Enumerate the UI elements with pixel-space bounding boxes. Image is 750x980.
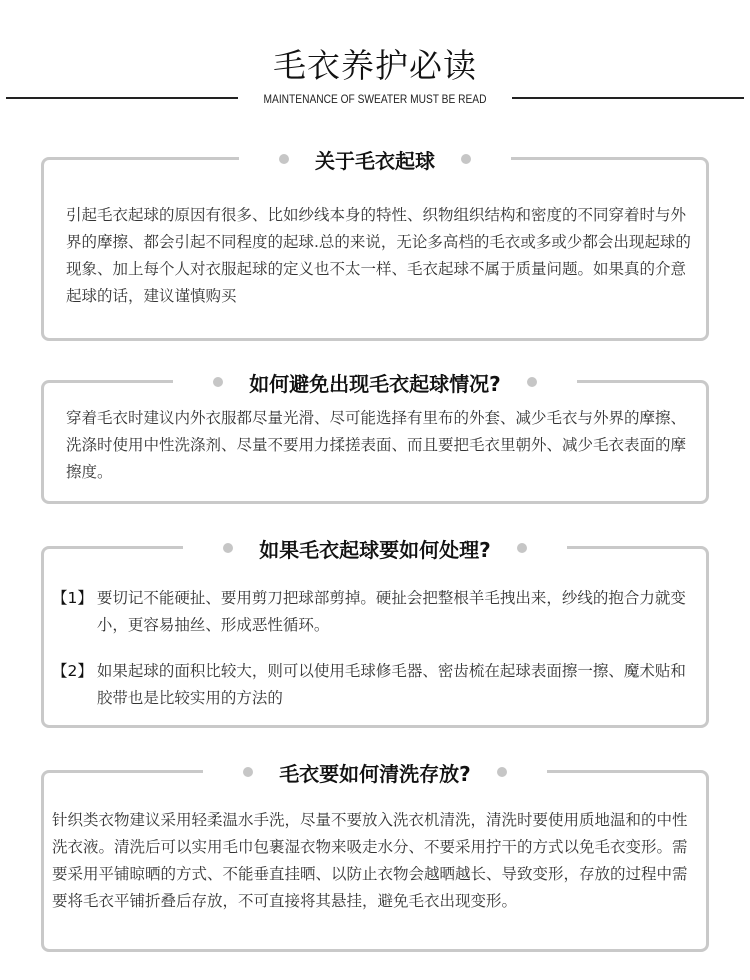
page-title: 毛衣养护必读 [0, 44, 750, 88]
item-number: 【1】 [52, 585, 93, 639]
list-item: 【2】 如果起球的面积比较大，则可以使用毛球修毛器、密齿梳在起球表面擦一擦、魔术… [66, 658, 694, 712]
dot-icon [213, 377, 223, 387]
dot-icon [497, 767, 507, 777]
dot-icon [527, 377, 537, 387]
page-subtitle: MAINTENANCE OF SWEATER MUST BE READ [56, 91, 694, 107]
section-header: 毛衣要如何清洗存放? [44, 753, 706, 791]
section-body: 穿着毛衣时建议内外衣服都尽量光滑、尽可能选择有里布的外套、减少毛衣与外界的摩擦、… [66, 405, 694, 486]
section-pilling-prevention: 如何避免出现毛衣起球情况? 穿着毛衣时建议内外衣服都尽量光滑、尽可能选择有里布的… [41, 380, 709, 504]
section-text: 针织类衣物建议采用轻柔温水手洗，尽量不要放入洗衣机清洗，清洗时要使用质地温和的中… [52, 807, 694, 915]
dot-icon [243, 767, 253, 777]
section-pilling-about: 关于毛衣起球 引起毛衣起球的原因有很多、比如纱线本身的特性、织物组织结构和密度的… [41, 157, 709, 341]
divider-right [512, 97, 744, 99]
section-title: 关于毛衣起球 [315, 145, 435, 174]
item-text: 如果起球的面积比较大，则可以使用毛球修毛器、密齿梳在起球表面擦一擦、魔术贴和胶带… [97, 658, 694, 712]
section-header: 如何避免出现毛衣起球情况? [44, 363, 706, 401]
section-washing-storage: 毛衣要如何清洗存放? 针织类衣物建议采用轻柔温水手洗，尽量不要放入洗衣机清洗，清… [41, 770, 709, 952]
section-body: 针织类衣物建议采用轻柔温水手洗，尽量不要放入洗衣机清洗，清洗时要使用质地温和的中… [52, 807, 694, 915]
list-item: 【1】 要切记不能硬扯、要用剪刀把球部剪掉。硬扯会把整根羊毛拽出来，纱线的抱合力… [66, 585, 694, 639]
section-pilling-treatment: 如果毛衣起球要如何处理? 【1】 要切记不能硬扯、要用剪刀把球部剪掉。硬扯会把整… [41, 546, 709, 728]
dot-icon [461, 154, 471, 164]
item-number: 【2】 [52, 658, 93, 712]
section-body: 引起毛衣起球的原因有很多、比如纱线本身的特性、织物组织结构和密度的不同穿着时与外… [66, 202, 694, 310]
section-title: 如何避免出现毛衣起球情况? [249, 368, 501, 397]
item-text: 要切记不能硬扯、要用剪刀把球部剪掉。硬扯会把整根羊毛拽出来，纱线的抱合力就变小，… [97, 585, 694, 639]
dot-icon [517, 543, 527, 553]
page-header: 毛衣养护必读 MAINTENANCE OF SWEATER MUST BE RE… [0, 0, 750, 120]
section-body: 【1】 要切记不能硬扯、要用剪刀把球部剪掉。硬扯会把整根羊毛拽出来，纱线的抱合力… [66, 585, 694, 731]
dot-icon [223, 543, 233, 553]
section-text: 引起毛衣起球的原因有很多、比如纱线本身的特性、织物组织结构和密度的不同穿着时与外… [66, 202, 694, 310]
section-header: 关于毛衣起球 [44, 140, 706, 178]
dot-icon [279, 154, 289, 164]
section-title: 毛衣要如何清洗存放? [279, 758, 471, 787]
section-text: 穿着毛衣时建议内外衣服都尽量光滑、尽可能选择有里布的外套、减少毛衣与外界的摩擦、… [66, 405, 694, 486]
section-title: 如果毛衣起球要如何处理? [259, 534, 491, 563]
section-header: 如果毛衣起球要如何处理? [44, 529, 706, 567]
